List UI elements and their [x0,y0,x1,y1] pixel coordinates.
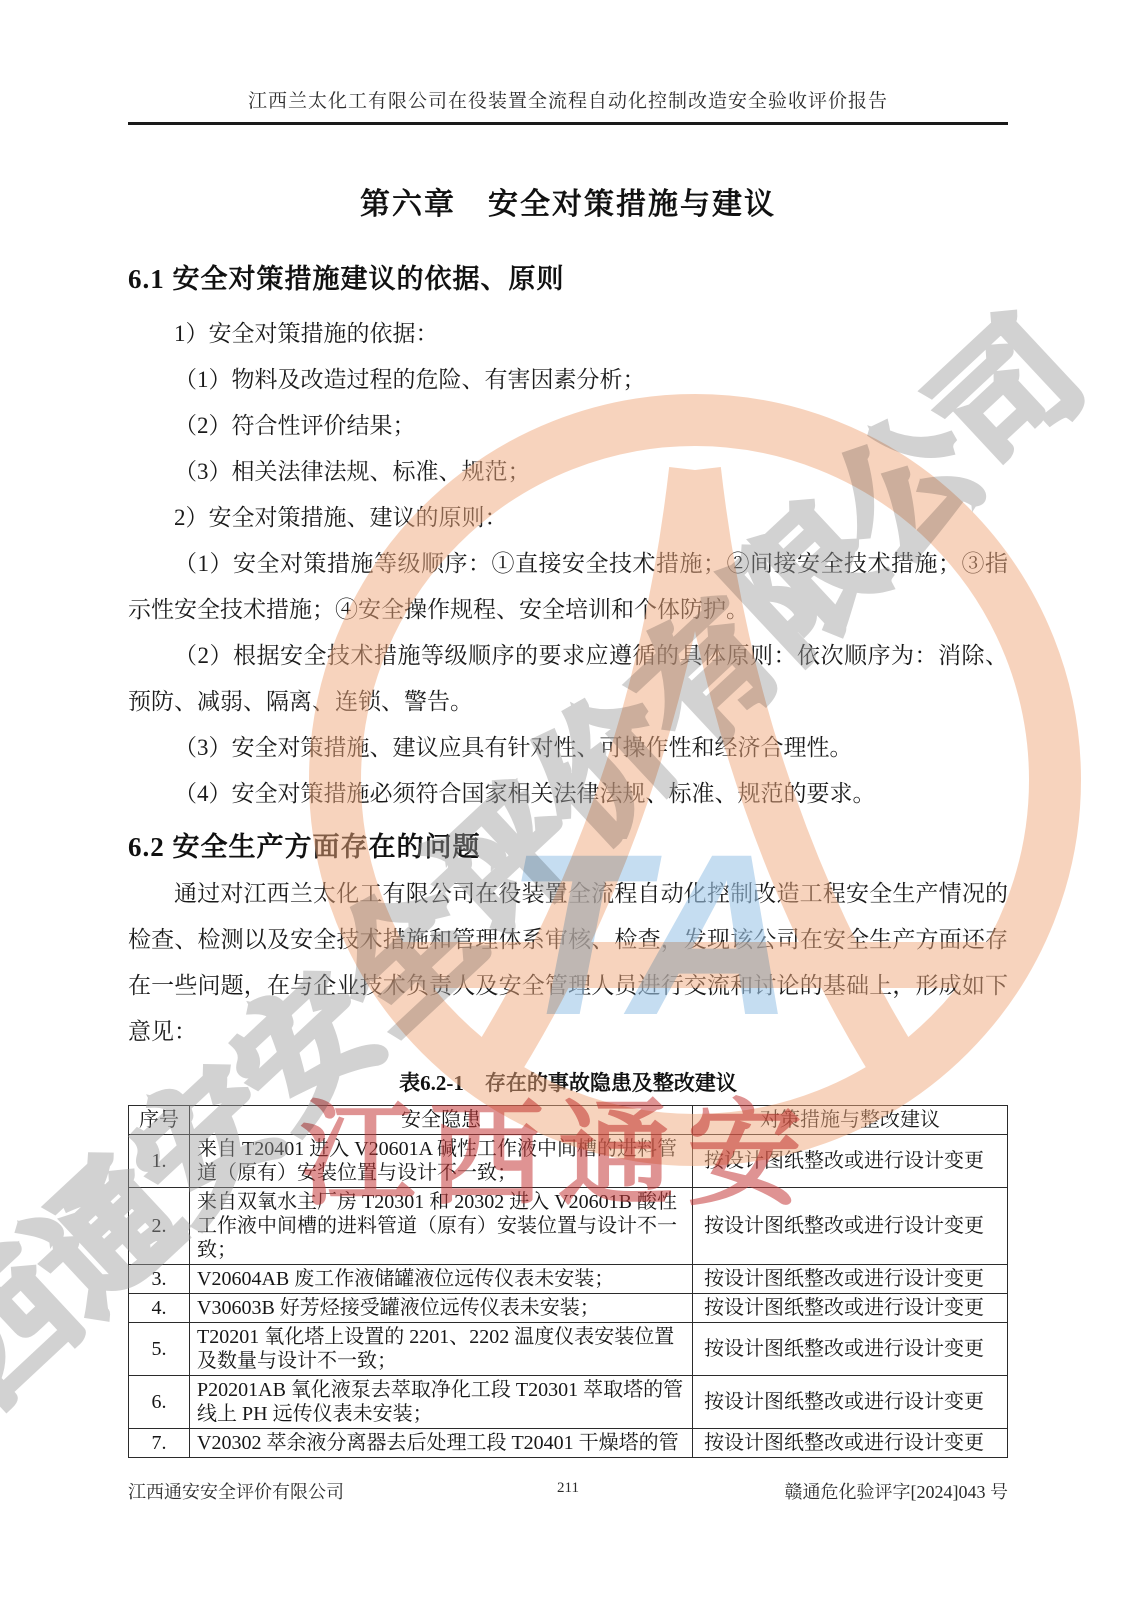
paragraph: （2）符合性评价结果； [128,403,1008,449]
row-number: 3. [129,1265,190,1294]
page-header-title: 江西兰太化工有限公司在役装置全流程自动化控制改造安全验收评价报告 [128,86,1008,113]
table-header-row: 序号 安全隐患 对策措施与整改建议 [129,1106,1008,1135]
paragraph: （4）安全对策措施必须符合国家相关法律法规、标准、规范的要求。 [128,771,1008,817]
row-number: 7. [129,1429,190,1458]
hazards-table: 序号 安全隐患 对策措施与整改建议 1. 来自 T20401 进入 V20601… [128,1105,1008,1458]
section-6-1-heading: 6.1 安全对策措施建议的依据、原则 [128,261,1008,297]
measure-text: 按设计图纸整改或进行设计变更 [693,1135,1008,1188]
table-row: 2. 来自双氧水主厂房 T20301 和 20302 进入 V20601B 酸性… [129,1188,1008,1265]
section-6-2-body: 通过对江西兰太化工有限公司在役装置全流程自动化控制改造工程安全生产情况的检查、检… [128,871,1008,1055]
table-row: 5. T20201 氧化塔上设置的 2201、2202 温度仪表安装位置及数量与… [129,1323,1008,1376]
hazard-text: V20302 萃余液分离器去后处理工段 T20401 干燥塔的管 [190,1429,693,1458]
measure-text: 按设计图纸整改或进行设计变更 [693,1294,1008,1323]
table-row: 7. V20302 萃余液分离器去后处理工段 T20401 干燥塔的管 按设计图… [129,1429,1008,1458]
paragraph: （1）物料及改造过程的危险、有害因素分析； [128,357,1008,403]
footer-company: 江西通安安全评价有限公司 [128,1478,344,1504]
hazard-text: 来自双氧水主厂房 T20301 和 20302 进入 V20601B 酸性工作液… [190,1188,693,1265]
measure-text: 按设计图纸整改或进行设计变更 [693,1323,1008,1376]
hazard-text: 来自 T20401 进入 V20601A 碱性工作液中间槽的进料管道（原有）安装… [190,1135,693,1188]
row-number: 4. [129,1294,190,1323]
measure-text: 按设计图纸整改或进行设计变更 [693,1188,1008,1265]
measure-text: 按设计图纸整改或进行设计变更 [693,1265,1008,1294]
footer-doc-number: 赣通危化验评字[2024]043 号 [785,1478,1009,1504]
table-row: 6. P20201AB 氧化液泵去萃取净化工段 T20301 萃取塔的管线上 P… [129,1376,1008,1429]
measure-text: 按设计图纸整改或进行设计变更 [693,1429,1008,1458]
section-6-1-body: 1）安全对策措施的依据： （1）物料及改造过程的危险、有害因素分析； （2）符合… [128,311,1008,817]
paragraph: （2）根据安全技术措施等级顺序的要求应遵循的具体原则：依次顺序为：消除、预防、减… [128,633,1008,725]
row-number: 5. [129,1323,190,1376]
paragraph: 通过对江西兰太化工有限公司在役装置全流程自动化控制改造工程安全生产情况的检查、检… [128,871,1008,1055]
table-header-no: 序号 [129,1106,190,1135]
hazard-text: V20604AB 废工作液储罐液位远传仪表未安装； [190,1265,693,1294]
table-header-hazard: 安全隐患 [190,1106,693,1135]
hazard-text: T20201 氧化塔上设置的 2201、2202 温度仪表安装位置及数量与设计不… [190,1323,693,1376]
chapter-title: 第六章 安全对策措施与建议 [128,185,1008,225]
table-caption: 表6.2-1 存在的事故隐患及整改建议 [128,1067,1008,1097]
paragraph: 1）安全对策措施的依据： [128,311,1008,357]
row-number: 2. [129,1188,190,1265]
hazard-text: P20201AB 氧化液泵去萃取净化工段 T20301 萃取塔的管线上 PH 远… [190,1376,693,1429]
row-number: 1. [129,1135,190,1188]
paragraph: 2）安全对策措施、建议的原则： [128,495,1008,541]
footer-page-number: 211 [557,1480,579,1497]
table-header-measure: 对策措施与整改建议 [693,1106,1008,1135]
row-number: 6. [129,1376,190,1429]
section-6-2-heading: 6.2 安全生产方面存在的问题 [128,829,1008,865]
paragraph: （3）安全对策措施、建议应具有针对性、可操作性和经济合理性。 [128,725,1008,771]
table-row: 1. 来自 T20401 进入 V20601A 碱性工作液中间槽的进料管道（原有… [129,1135,1008,1188]
document-page: 江西兰太化工有限公司在役装置全流程自动化控制改造安全验收评价报告 第六章 安全对… [0,0,1131,1600]
table-row: 3. V20604AB 废工作液储罐液位远传仪表未安装； 按设计图纸整改或进行设… [129,1265,1008,1294]
paragraph: （3）相关法律法规、标准、规范； [128,449,1008,495]
page-content: 江西兰太化工有限公司在役装置全流程自动化控制改造安全验收评价报告 第六章 安全对… [0,0,1131,1458]
header-rule [128,122,1008,125]
measure-text: 按设计图纸整改或进行设计变更 [693,1376,1008,1429]
hazard-text: V30603B 好芳烃接受罐液位远传仪表未安装； [190,1294,693,1323]
table-row: 4. V30603B 好芳烃接受罐液位远传仪表未安装； 按设计图纸整改或进行设计… [129,1294,1008,1323]
paragraph: （1）安全对策措施等级顺序：①直接安全技术措施；②间接安全技术措施；③指示性安全… [128,541,1008,633]
